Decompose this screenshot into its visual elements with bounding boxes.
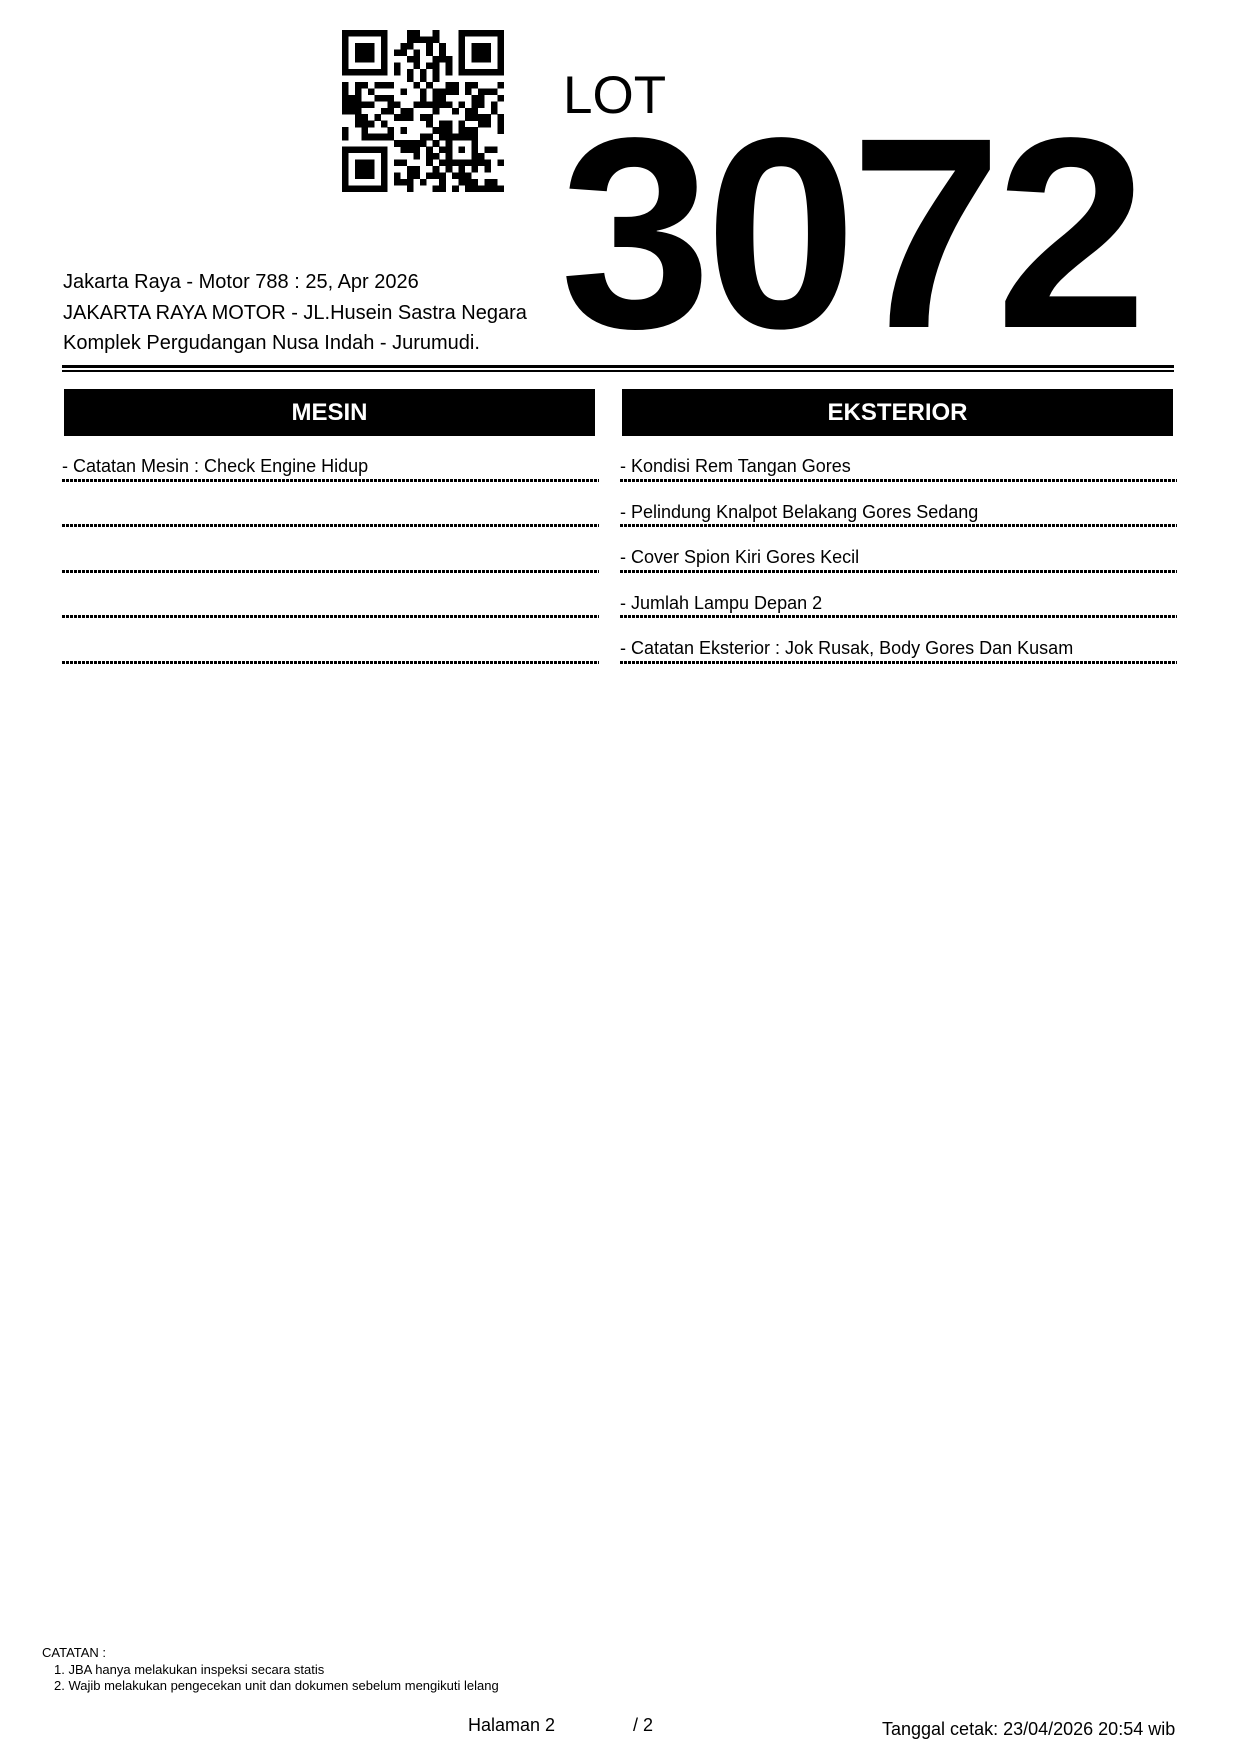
page-number: Halaman 2 bbox=[468, 1714, 555, 1736]
lot-number: 3072 bbox=[560, 83, 1141, 383]
notes-title: CATATAN : bbox=[42, 1645, 499, 1662]
list-item: - Cover Spion Kiri Gores Kecil bbox=[622, 527, 1173, 573]
header-divider-thin bbox=[62, 370, 1174, 372]
list-item bbox=[64, 573, 595, 619]
section-mesin: MESIN - Catatan Mesin : Check Engine Hid… bbox=[64, 389, 595, 664]
list-item: - Kondisi Rem Tangan Gores bbox=[622, 436, 1173, 482]
auction-address-line2: Komplek Pergudangan Nusa Indah - Jurumud… bbox=[63, 328, 527, 359]
page-total: / 2 bbox=[633, 1714, 653, 1736]
note-item: 1. JBA hanya melakukan inspeksi secara s… bbox=[42, 1662, 499, 1679]
qr-code-icon bbox=[342, 30, 504, 192]
list-item bbox=[64, 482, 595, 528]
auction-info: Jakarta Raya - Motor 788 : 25, Apr 2026 … bbox=[63, 267, 527, 359]
section-eksterior-rows: - Kondisi Rem Tangan Gores - Pelindung K… bbox=[622, 436, 1173, 664]
section-eksterior-title: EKSTERIOR bbox=[622, 389, 1173, 436]
list-item bbox=[64, 618, 595, 664]
auction-title: Jakarta Raya - Motor 788 : 25, Apr 2026 bbox=[63, 267, 527, 298]
list-item: - Catatan Eksterior : Jok Rusak, Body Go… bbox=[622, 618, 1173, 664]
list-item: - Catatan Mesin : Check Engine Hidup bbox=[64, 436, 595, 482]
section-mesin-title: MESIN bbox=[64, 389, 595, 436]
list-item: - Jumlah Lampu Depan 2 bbox=[622, 573, 1173, 619]
list-item bbox=[64, 527, 595, 573]
section-eksterior: EKSTERIOR - Kondisi Rem Tangan Gores - P… bbox=[622, 389, 1173, 664]
section-mesin-rows: - Catatan Mesin : Check Engine Hidup bbox=[64, 436, 595, 664]
notes: CATATAN : 1. JBA hanya melakukan inspeks… bbox=[42, 1645, 499, 1695]
print-date: Tanggal cetak: 23/04/2026 20:54 wib bbox=[882, 1718, 1175, 1740]
auction-address-line1: JAKARTA RAYA MOTOR - JL.Husein Sastra Ne… bbox=[63, 298, 527, 329]
header-divider-thick bbox=[62, 365, 1174, 368]
note-item: 2. Wajib melakukan pengecekan unit dan d… bbox=[42, 1678, 499, 1695]
list-item: - Pelindung Knalpot Belakang Gores Sedan… bbox=[622, 482, 1173, 528]
